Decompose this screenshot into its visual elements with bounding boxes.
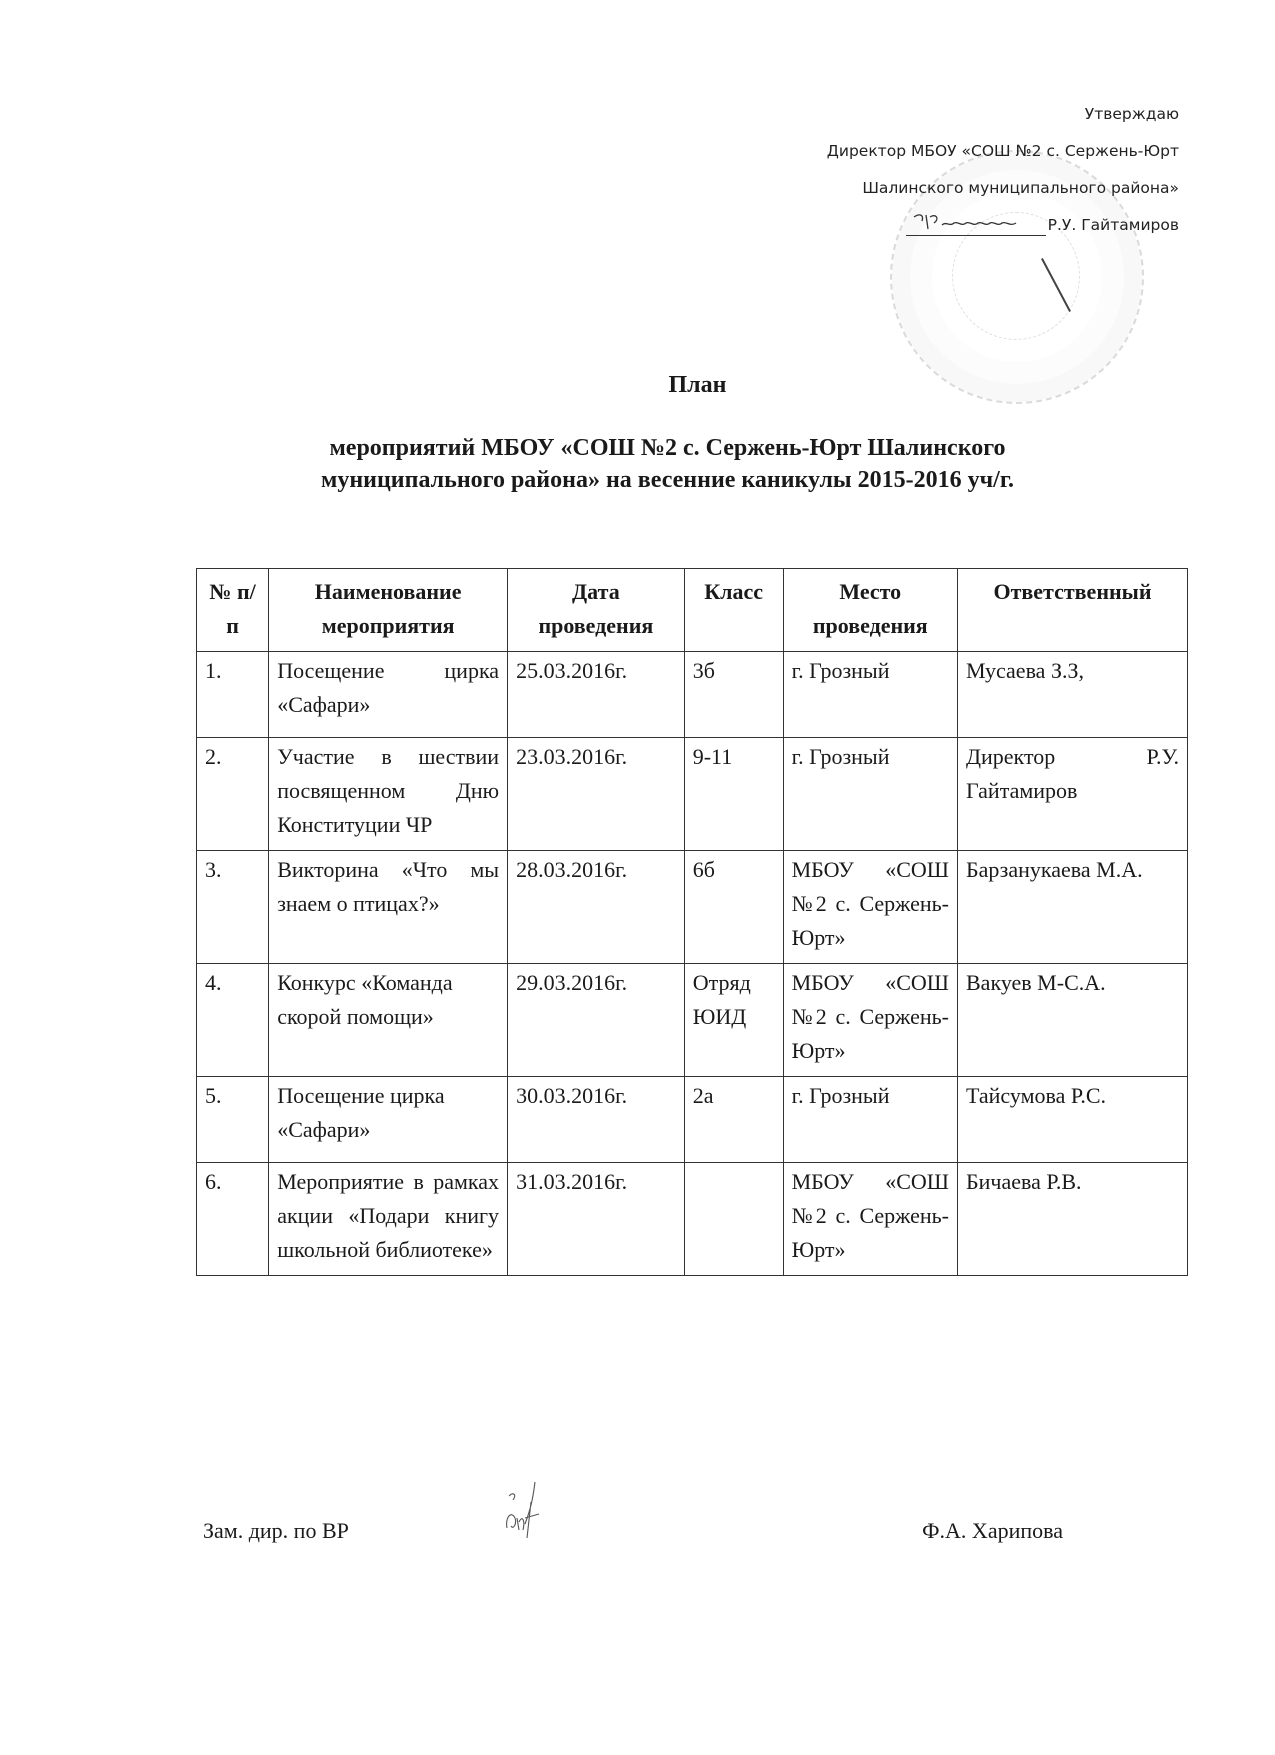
- document-subtitle-line2: муниципального района» на весенние каник…: [60, 464, 1275, 496]
- table-row: 3. Викторина «Что мы знаем о птицах?» 28…: [197, 851, 1188, 964]
- cell-event-name: Конкурс «Команда скорой помощи»: [269, 964, 508, 1077]
- header-responsible: Ответственный: [958, 569, 1188, 652]
- cell-location: г. Грозный: [783, 652, 957, 738]
- cell-date: 30.03.2016г.: [508, 1077, 685, 1163]
- cell-location: МБОУ «СОШ №2 с. Сержень-Юрт»: [783, 851, 957, 964]
- cell-responsible: Барзанукаева М.А.: [958, 851, 1188, 964]
- cell-number: 3.: [197, 851, 269, 964]
- cell-date: 25.03.2016г.: [508, 652, 685, 738]
- cell-number: 1.: [197, 652, 269, 738]
- cell-class: 3б: [684, 652, 783, 738]
- cell-location: г. Грозный: [783, 738, 957, 851]
- cell-event-name: Посещение цирка «Сафари»: [269, 1077, 508, 1163]
- signature-flourish: [1041, 258, 1071, 312]
- header-number: № п/п: [197, 569, 269, 652]
- cell-event-name: Посещение цирка «Сафари»: [269, 652, 508, 738]
- deputy-signature: [503, 1478, 543, 1548]
- cell-location: МБОУ «СОШ №2 с. Сержень-Юрт»: [783, 1163, 957, 1276]
- cell-class: Отряд ЮИД: [684, 964, 783, 1077]
- header-event-name: Наименование мероприятия: [269, 569, 508, 652]
- cell-class: 6б: [684, 851, 783, 964]
- approval-heading: Утверждаю: [719, 96, 1179, 133]
- table-row: 5. Посещение цирка «Сафари» 30.03.2016г.…: [197, 1077, 1188, 1163]
- table-row: 4. Конкурс «Команда скорой помощи» 29.03…: [197, 964, 1188, 1077]
- approval-block: Утверждаю Директор МБОУ «СОШ №2 с. Серже…: [719, 96, 1179, 244]
- cell-event-name: Мероприятие в рамках акции «Подари книгу…: [269, 1163, 508, 1276]
- table-row: 1. Посещение цирка «Сафари» 25.03.2016г.…: [197, 652, 1188, 738]
- table-row: 2. Участие в шествии посвященном Дню Кон…: [197, 738, 1188, 851]
- cell-responsible: Бичаева Р.В.: [958, 1163, 1188, 1276]
- footer-name: Ф.А. Харипова: [922, 1518, 1063, 1544]
- cell-number: 5.: [197, 1077, 269, 1163]
- approval-signer: Р.У. Гайтамиров: [1048, 216, 1179, 234]
- approval-position: Директор МБОУ «СОШ №2 с. Сержень-Юрт: [719, 133, 1179, 170]
- document-subtitle-line1: мероприятий МБОУ «СОШ №2 с. Сержень-Юрт …: [60, 432, 1275, 464]
- cell-date: 31.03.2016г.: [508, 1163, 685, 1276]
- approval-signature-row: Р.У. Гайтамиров: [719, 207, 1179, 244]
- cell-class: 9-11: [684, 738, 783, 851]
- document-title: План: [120, 372, 1275, 432]
- cell-date: 23.03.2016г.: [508, 738, 685, 851]
- cell-responsible: Тайсумова Р.С.: [958, 1077, 1188, 1163]
- header-location: Место проведения: [783, 569, 957, 652]
- cell-class: 2а: [684, 1077, 783, 1163]
- cell-date: 29.03.2016г.: [508, 964, 685, 1077]
- cell-date: 28.03.2016г.: [508, 851, 685, 964]
- approval-district: Шалинского муниципального района»: [719, 170, 1179, 207]
- header-class: Класс: [684, 569, 783, 652]
- footer-role: Зам. дир. по ВР: [203, 1518, 349, 1544]
- director-signature: [906, 215, 1046, 236]
- table-header-row: № п/п Наименование мероприятия Дата пров…: [197, 569, 1188, 652]
- events-table: № п/п Наименование мероприятия Дата пров…: [196, 568, 1188, 1276]
- document-title-block: План мероприятий МБОУ «СОШ №2 с. Сержень…: [0, 372, 1275, 496]
- cell-class: [684, 1163, 783, 1276]
- cell-location: г. Грозный: [783, 1077, 957, 1163]
- cell-responsible: Вакуев М-С.А.: [958, 964, 1188, 1077]
- header-date: Дата проведения: [508, 569, 685, 652]
- cell-number: 6.: [197, 1163, 269, 1276]
- cell-responsible: Директор Р.У. Гайтамиров: [958, 738, 1188, 851]
- table-row: 6. Мероприятие в рамках акции «Подари кн…: [197, 1163, 1188, 1276]
- cell-number: 4.: [197, 964, 269, 1077]
- cell-event-name: Участие в шествии посвященном Дню Консти…: [269, 738, 508, 851]
- cell-location: МБОУ «СОШ №2 с. Сержень-Юрт»: [783, 964, 957, 1077]
- cell-event-name: Викторина «Что мы знаем о птицах?»: [269, 851, 508, 964]
- cell-number: 2.: [197, 738, 269, 851]
- cell-responsible: Мусаева З.З,: [958, 652, 1188, 738]
